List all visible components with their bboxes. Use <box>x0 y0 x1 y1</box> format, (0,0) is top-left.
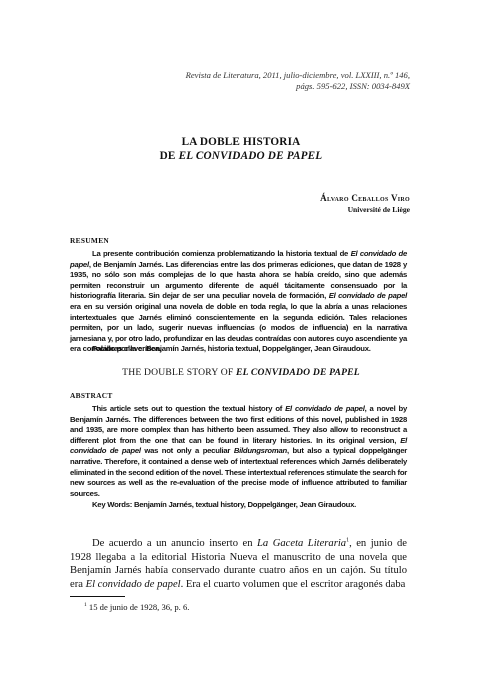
english-title-prefix: THE DOUBLE STORY OF <box>122 367 236 378</box>
resumen-paragraph: La presente contribución comienza proble… <box>70 249 407 355</box>
article-title-italic: EL CONVIDADO DE PAPEL <box>179 150 323 162</box>
body-paragraph: De acuerdo a un anuncio inserto en La Ga… <box>70 537 407 591</box>
english-title-italic: EL CONVIDADO DE PAPEL <box>236 367 360 378</box>
text-span: . Era el cuarto volumen que el escritor … <box>181 579 406 590</box>
document-page: Revista de Literatura, 2011, julio-dicie… <box>0 0 482 680</box>
abstract-paragraph: This article sets out to question the te… <box>70 404 407 499</box>
text-span: La presente contribución comienza proble… <box>92 249 351 258</box>
journal-citation: Revista de Literatura, 2011, julio-dicie… <box>186 70 410 92</box>
abstract-text: This article sets out to question the te… <box>70 404 407 499</box>
article-title-prefix: DE <box>160 150 179 162</box>
footnote-text: 15 de junio de 1928, 36, p. 6. <box>87 602 190 612</box>
resumen-keywords: Palabras clave: Benjamín Jarnés, histori… <box>92 344 407 353</box>
text-span: De acuerdo a un anuncio inserto en <box>92 538 257 549</box>
author-name: Álvaro Ceballos Viro <box>320 193 410 204</box>
body-text: De acuerdo a un anuncio inserto en La Ga… <box>70 537 407 591</box>
italic-title: El convidado de papel <box>285 404 364 413</box>
italic-title: El convidado de papel <box>86 579 181 590</box>
english-title: THE DOUBLE STORY OF EL CONVIDADO DE PAPE… <box>0 367 482 378</box>
resumen-heading: RESUMEN <box>70 236 109 245</box>
abstract-keywords: Key Words: Benjamín Jarnés, textual hist… <box>92 500 407 509</box>
italic-title: La Gaceta Literaria <box>257 538 346 549</box>
text-span: was not only a peculiar <box>141 446 234 455</box>
resumen-text: La presente contribución comienza proble… <box>70 249 407 355</box>
italic-term: Bildungsroman <box>234 446 287 455</box>
italic-title: El convidado de papel <box>329 291 407 300</box>
abstract-heading: ABSTRACT <box>70 391 113 400</box>
footnote-divider <box>70 596 125 597</box>
footnote: 1 15 de junio de 1928, 36, p. 6. <box>84 600 189 613</box>
journal-citation-line1: Revista de Literatura, 2011, julio-dicie… <box>186 70 410 81</box>
author-block: Álvaro Ceballos Viro Université de Liège <box>320 193 410 215</box>
journal-citation-line2: págs. 595-622, ISSN: 0034-849X <box>186 81 410 92</box>
author-affiliation: Université de Liège <box>320 204 410 215</box>
text-span: This article sets out to question the te… <box>92 404 285 413</box>
article-title-line1: LA DOBLE HISTORIA <box>0 135 482 149</box>
article-title: LA DOBLE HISTORIA DE EL CONVIDADO DE PAP… <box>0 135 482 163</box>
article-title-line2: DE EL CONVIDADO DE PAPEL <box>0 149 482 163</box>
